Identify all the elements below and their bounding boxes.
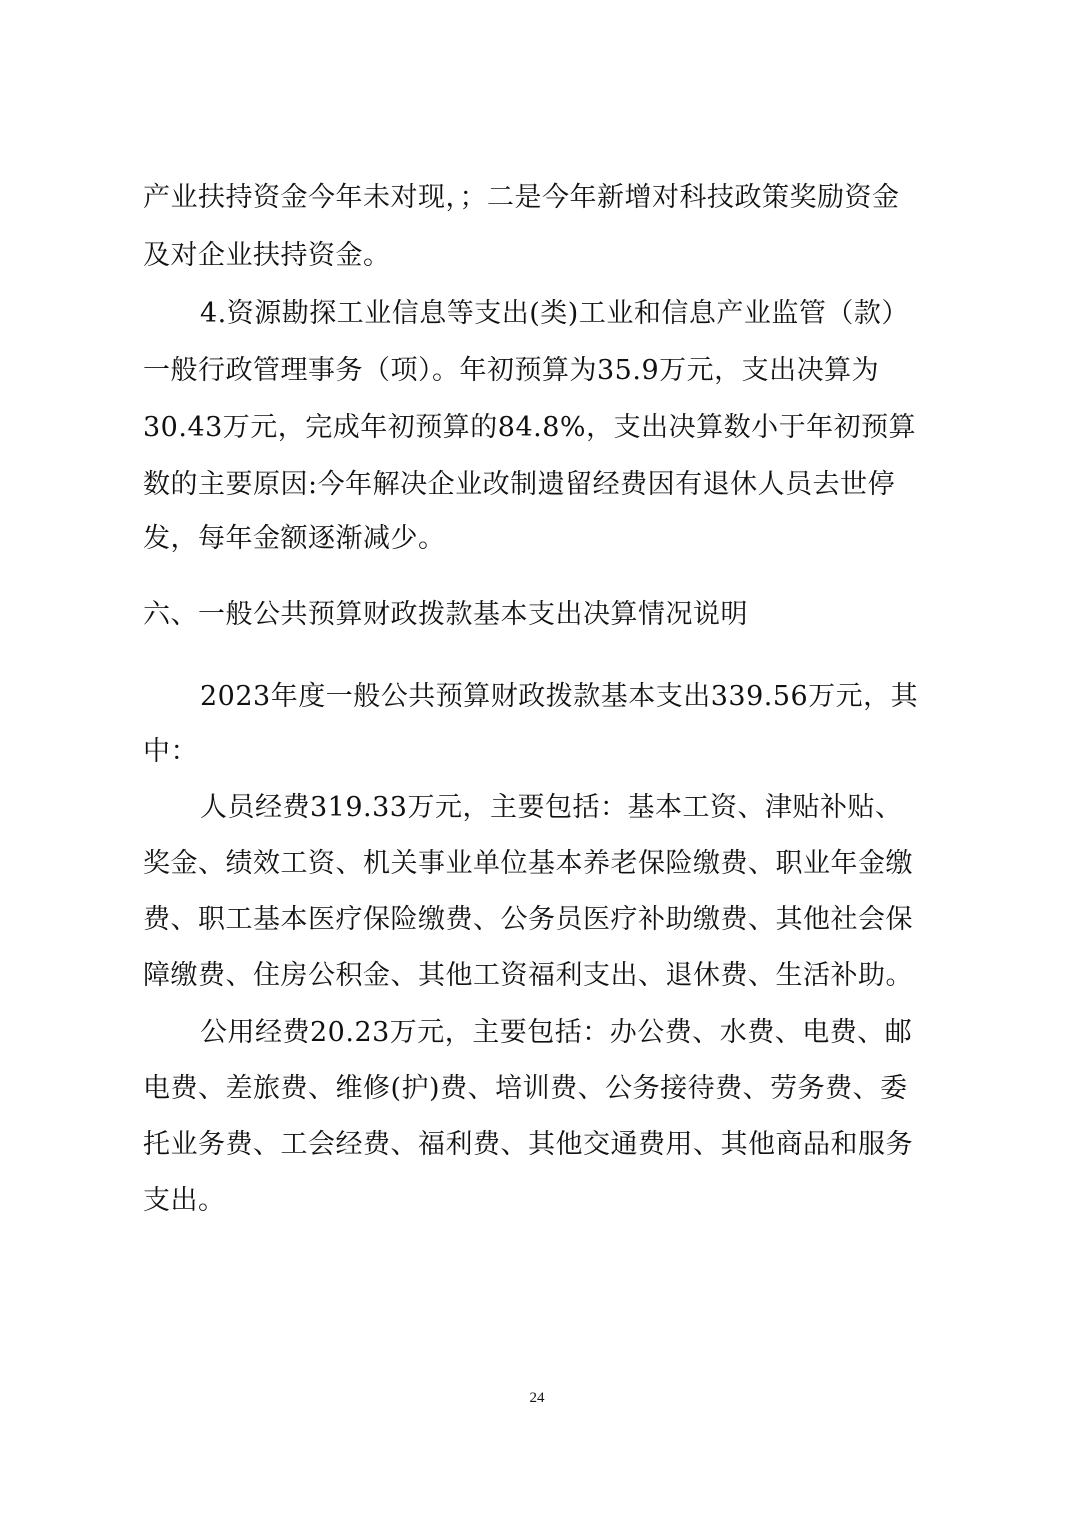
paragraph-line: 数的主要原因:今年解决企业改制遗留经费因有退休人员去世停 [143,467,943,503]
document-page: 产业扶持资金今年未对现，；二是今年新增对科技政策奖励资金 及对企业扶持资金。 4… [0,0,1074,1520]
paragraph-line: 费、职工基本医疗保险缴费、公务员医疗补助缴费、其他社会保 [143,902,943,938]
paragraph-line: 一般行政管理事务（项）。年初预算为35.9万元，支出决算为 [143,353,943,389]
paragraph-line: 奖金、绩效工资、机关事业单位基本养老保险缴费、职业年金缴 [143,846,943,882]
paragraph-line: 电费、差旅费、维修(护)费、培训费、公务接待费、劳务费、委 [143,1071,943,1107]
paragraph-line: 30.43万元，完成年初预算的84.8%，支出决算数小于年初预算 [143,410,943,446]
paragraph-line: 障缴费、住房公积金、其他工资福利支出、退休费、生活补助。 [143,958,943,994]
section-heading: 六、一般公共预算财政拨款基本支出决算情况说明 [143,597,943,633]
paragraph-line: 人员经费319.33万元，主要包括：基本工资、津贴补贴、 [200,790,1000,826]
paragraph-line: 产业扶持资金今年未对现，；二是今年新增对科技政策奖励资金 [143,180,943,216]
page-number: 24 [0,1390,1074,1407]
paragraph-line: 中： [143,734,943,770]
paragraph-line: 4.资源勘探工业信息等支出(类)工业和信息产业监管（款） [200,296,1000,332]
paragraph-line: 公用经费20.23万元，主要包括：办公费、水费、电费、邮 [200,1015,1000,1051]
paragraph-line: 2023年度一般公共预算财政拨款基本支出339.56万元，其 [200,679,1000,715]
paragraph-line: 及对企业扶持资金。 [143,238,943,274]
paragraph-line: 发，每年金额逐渐减少。 [143,521,943,557]
paragraph-line: 托业务费、工会经费、福利费、其他交通费用、其他商品和服务 [143,1127,943,1163]
paragraph-line: 支出。 [143,1183,943,1219]
